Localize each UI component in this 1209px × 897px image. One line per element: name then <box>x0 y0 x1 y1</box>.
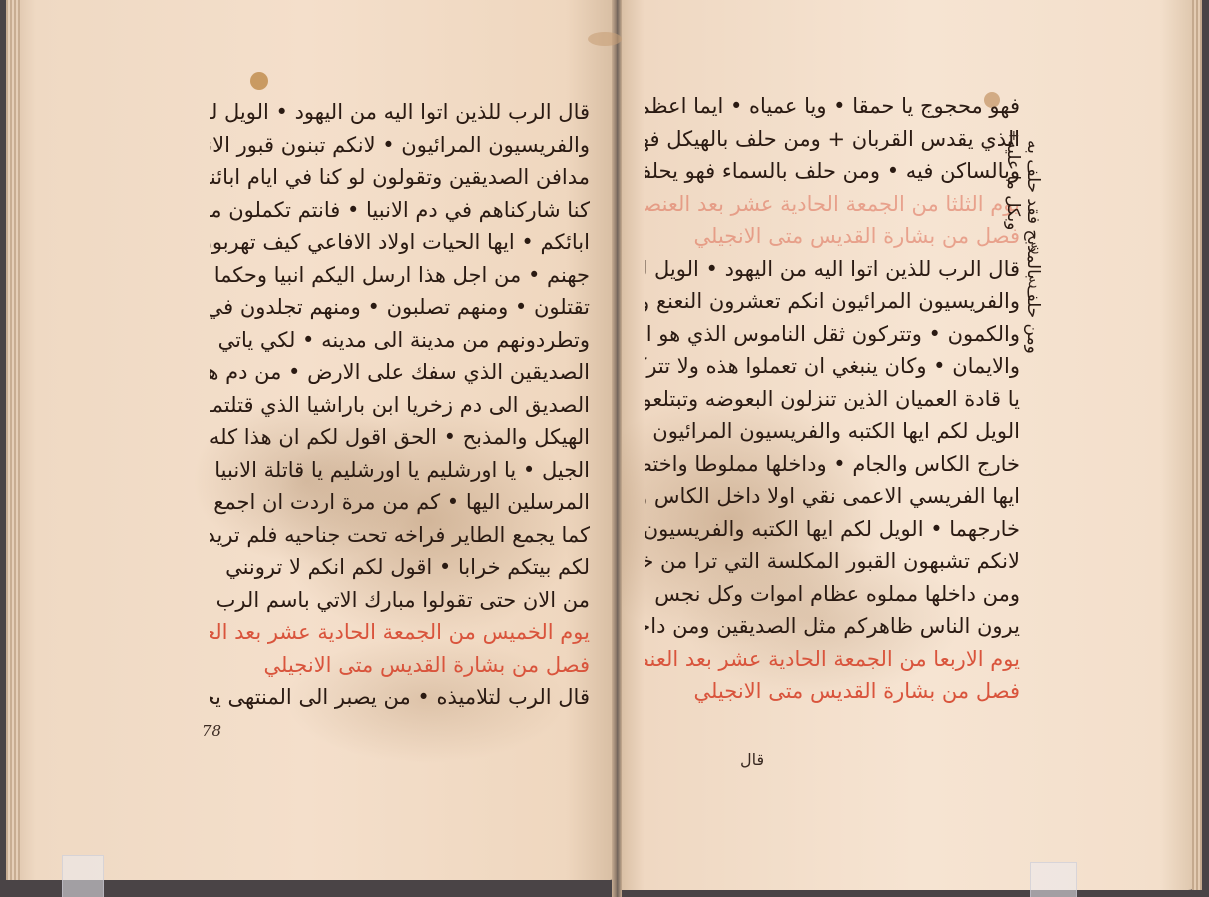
rubric-heading: يوم الاربعا من الجمعة الحادية عشر بعد ال… <box>645 643 1020 676</box>
text-line: المرسلين اليها • كم من مرة اردت ان اجمع … <box>210 486 590 519</box>
right-page-edges <box>1192 0 1202 890</box>
text-line: والايمان • وكان ينبغي ان تعملوا هذه ولا … <box>645 350 1020 383</box>
margin-mark: ع <box>1030 238 1038 254</box>
text-line: الويل لكم ايها الكتبه والفريسيون المرائي… <box>645 415 1020 448</box>
binding-gutter <box>612 0 622 897</box>
text-line: قال الرب للذين اتوا اليه من اليهود • الو… <box>645 253 1020 286</box>
left-page-edges <box>6 0 20 880</box>
text-line: يرون الناس ظاهركم مثل الصديقين ومن داخل … <box>645 610 1020 643</box>
text-line: والكمون • وتتركون ثقل الناموس الذي هو ال… <box>645 318 1020 351</box>
tape-strip <box>62 855 104 897</box>
rubric-heading: فصل من بشارة القديس متى الانجيلي <box>210 649 590 682</box>
text-line: خارج الكاس والجام • وداخلها مملوطا واختط… <box>645 448 1020 481</box>
ink-stain <box>588 32 622 46</box>
text-line: لانكم تشبهون القبور المكلسة التي ترا من … <box>645 545 1020 578</box>
manuscript-spread: قال الرب للذين اتوا اليه من اليهود • الو… <box>0 0 1209 897</box>
margin-mark: ع <box>1028 272 1036 288</box>
marginal-note: ومن حلف بالمذبح فقد حلف به وبكل ما عليه <box>1003 140 1043 370</box>
text-line: والفريسيون المرائيون • لانكم تبنون قبور … <box>210 129 590 162</box>
tape-strip <box>1030 862 1077 897</box>
text-line: قال الرب للذين اتوا اليه من اليهود • الو… <box>210 96 590 129</box>
text-line: تقتلون • ومنهم تصلبون • ومنهم تجلدون في … <box>210 291 590 324</box>
text-line: جهنم • من اجل هذا ارسل اليكم انبيا وحكما… <box>210 259 590 292</box>
text-line: من الان حتى تقولوا مبارك الاتي باسم الرب <box>210 584 590 617</box>
ink-stain <box>250 72 268 90</box>
text-line: والفريسيون المرائيون انكم تعشرون النعنع … <box>645 285 1020 318</box>
text-line: ومن داخلها مملوه عظام اموات وكل نجس • وك… <box>645 578 1020 611</box>
text-line: مدافن الصديقين وتقولون لو كنا في ايام اب… <box>210 161 590 194</box>
text-line: الصديق الى دم زخريا ابن باراشيا الذي قتل… <box>210 389 590 422</box>
rubric-heading: فصل من بشارة القديس متى الانجيلي <box>645 675 1020 708</box>
faded-rubric-heading: يوم الثلثا من الجمعة الحادية عشر بعد الع… <box>645 188 1020 221</box>
text-line: خارجهما • الويل لكم ايها الكتبه والفريسي… <box>645 513 1020 546</box>
text-line: الجيل • يا اورشليم يا اورشليم يا قاتلة ا… <box>210 454 590 487</box>
text-line: كما يجمع الطاير فراخه تحت جناحيه فلم تري… <box>210 519 590 552</box>
text-line: قال الرب لتلاميذه • من يصبر الى المنتهى … <box>210 681 590 714</box>
text-line: الهيكل والمذبح • الحق اقول لكم ان هذا كل… <box>210 421 590 454</box>
text-line: وتطردونهم من مدينة الى مدينه • لكي ياتي … <box>210 324 590 357</box>
text-line: كنا شاركناهم في دم الانبيا • فانتم تكملو… <box>210 194 590 227</box>
text-line: يا قادة العميان الذين تنزلون البعوضه وتب… <box>645 383 1020 416</box>
text-line: ابائكم • ايها الحيات اولاد الافاعي كيف ت… <box>210 226 590 259</box>
text-line: الذي يقدس القربان + ومن حلف بالهيكل فهو … <box>645 123 1020 156</box>
text-line: وبالساكن فيه • ومن حلف بالسماء فهو يحلف … <box>645 155 1020 188</box>
left-page-text: قال الرب للذين اتوا اليه من اليهود • الو… <box>210 96 590 714</box>
right-page-text: فهو محجوج يا حمقا • ويا عمياه • ايما اعظ… <box>645 90 1020 708</box>
rubric-heading: يوم الخميس من الجمعة الحادية عشر بعد الع… <box>210 616 590 649</box>
cross-mark: + <box>1008 128 1020 144</box>
text-line: الصديقين الذي سفك على الارض • من دم هابي… <box>210 356 590 389</box>
catchword: قال <box>740 750 764 769</box>
folio-number: 78 <box>202 722 221 740</box>
text-line: لكم بيتكم خرابا • اقول لكم انكم لا ترونن… <box>210 551 590 584</box>
text-line: فهو محجوج يا حمقا • ويا عمياه • ايما اعظ… <box>645 90 1020 123</box>
text-line: ايها الفريسي الاعمى نقي اولا داخل الكاس … <box>645 480 1020 513</box>
faded-rubric-heading: فصل من بشارة القديس متى الانجيلي <box>645 220 1020 253</box>
